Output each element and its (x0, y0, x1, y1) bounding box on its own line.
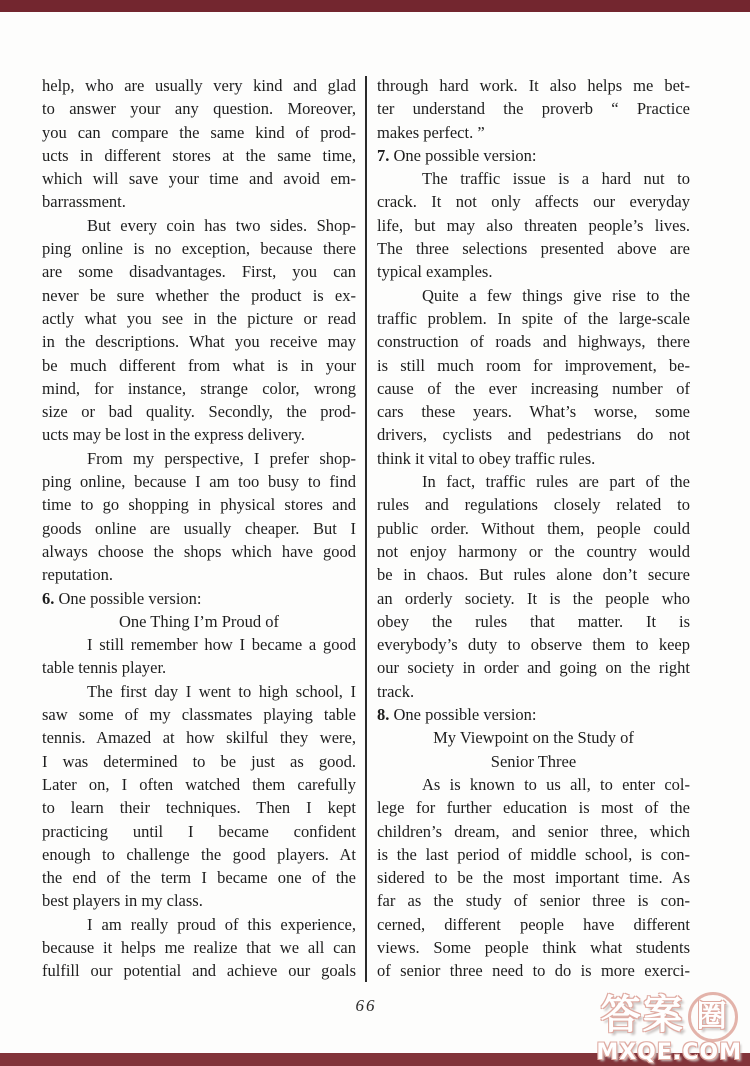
text-line: ping online is no exception, because the… (42, 237, 356, 260)
watermark-chinese-text: 答案圈 (596, 992, 742, 1042)
text-line: which will save your time and avoid em- (42, 167, 356, 190)
text-line: to learn their techniques. Then I kept (42, 796, 356, 819)
text-line: construction of roads and highways, ther… (377, 330, 690, 353)
text-line: an orderly society. It is the people who (377, 587, 690, 610)
text-line: views. Some people think what students (377, 936, 690, 959)
text-line: is the last period of middle school, is … (377, 843, 690, 866)
text-line: drivers, cyclists and pedestrians do not (377, 423, 690, 446)
text-line: As is known to us all, to enter col- (377, 773, 690, 796)
answer-number-line: 8. One possible version: (377, 703, 690, 726)
text-line: actly what you see in the picture or rea… (42, 307, 356, 330)
watermark-char: 答 (601, 992, 643, 1038)
text-line: in the descriptions. What you receive ma… (42, 330, 356, 353)
text-line: lege for further education is most of th… (377, 796, 690, 819)
text-line: is still much room for improvement, be- (377, 354, 690, 377)
text-line: public order. Without them, people could (377, 517, 690, 540)
text-line: sidered to be the most important time. A… (377, 866, 690, 889)
text-line: goods online are usually cheaper. But I (42, 517, 356, 540)
text-line: From my perspective, I prefer shop- (42, 447, 356, 470)
essay-title-line: My Viewpoint on the Study of (377, 726, 690, 749)
text-line: barrassment. (42, 190, 356, 213)
column-divider (365, 76, 367, 982)
answer-number: 7. (377, 146, 389, 165)
text-line: size or bad quality. Secondly, the prod- (42, 400, 356, 423)
text-line: makes perfect. ” (377, 121, 690, 144)
watermark-char: 案 (643, 992, 685, 1038)
text-line: traffic problem. In spite of the large-s… (377, 307, 690, 330)
text-line: always choose the shops which have good (42, 540, 356, 563)
text-line: practicing until I became confident (42, 820, 356, 843)
text-line: ucts may be lost in the express delivery… (42, 423, 356, 446)
text-line: help, who are usually very kind and glad (42, 74, 356, 97)
text-line: The traffic issue is a hard nut to (377, 167, 690, 190)
text-line: crack. It not only affects our everyday (377, 190, 690, 213)
text-line: Later on, I often watched them carefully (42, 773, 356, 796)
text-line: the end of the term I became one of the (42, 866, 356, 889)
text-line: Quite a few things give rise to the (377, 284, 690, 307)
text-line: not enjoy harmony or the country would (377, 540, 690, 563)
text-line: fulfill our potential and achieve our go… (42, 959, 356, 982)
essay-title-line: One Thing I’m Proud of (42, 610, 356, 633)
text-line: In fact, traffic rules are part of the (377, 470, 690, 493)
watermark-logo: 答案圈 MXQE.COM (596, 992, 742, 1064)
photo-edge-top (0, 0, 750, 12)
text-line: I still remember how I became a good (42, 633, 356, 656)
watermark-circle-icon: 圈 (688, 992, 738, 1042)
text-line: ping online, because I am too busy to fi… (42, 470, 356, 493)
text-line: through hard work. It also helps me bet- (377, 74, 690, 97)
text-line: ter understand the proverb “ Practice (377, 97, 690, 120)
text-line: The first day I went to high school, I (42, 680, 356, 703)
text-line: cars these years. What’s worse, some (377, 400, 690, 423)
text-line: time to go shopping in physical stores a… (42, 493, 356, 516)
text-line: cause of the ever increasing number of (377, 377, 690, 400)
answer-number-line: 7. One possible version: (377, 144, 690, 167)
page-footer: 66 (42, 996, 690, 1016)
text-line: The three selections presented above are (377, 237, 690, 260)
text-line: to answer your any question. Moreover, (42, 97, 356, 120)
text-line: saw some of my classmates playing table (42, 703, 356, 726)
text-line: ucts in different stores at the same tim… (42, 144, 356, 167)
answer-number: 6. (42, 589, 54, 608)
book-page: help, who are usually very kind and glad… (0, 0, 750, 1066)
text-line: I was determined to be just as good. (42, 750, 356, 773)
text-line: reputation. (42, 563, 356, 586)
text-line: be much different from what is in your (42, 354, 356, 377)
left-column: help, who are usually very kind and glad… (42, 74, 356, 986)
text-line: of senior three need to do is more exerc… (377, 959, 690, 982)
text-line: track. (377, 680, 690, 703)
answer-number-line: 6. One possible version: (42, 587, 356, 610)
text-line: typical examples. (377, 260, 690, 283)
text-line: rules and regulations closely related to (377, 493, 690, 516)
text-line: are some disadvantages. First, you can (42, 260, 356, 283)
text-line: mind, for instance, strange color, wrong (42, 377, 356, 400)
text-line: far as the study of senior three is con- (377, 889, 690, 912)
page-number: 66 (356, 996, 377, 1015)
text-line: tennis. Amazed at how skilful they were, (42, 726, 356, 749)
answer-number: 8. (377, 705, 389, 724)
text-line: be in chaos. But rules alone don’t secur… (377, 563, 690, 586)
text-line: life, but may also threaten people’s liv… (377, 214, 690, 237)
text-line: best players in my class. (42, 889, 356, 912)
text-line: never be sure whether the product is ex- (42, 284, 356, 307)
page-content: help, who are usually very kind and glad… (42, 74, 690, 986)
text-line: children’s dream, and senior three, whic… (377, 820, 690, 843)
text-line: table tennis player. (42, 656, 356, 679)
text-line: our society in order and going on the ri… (377, 656, 690, 679)
text-line: But every coin has two sides. Shop- (42, 214, 356, 237)
watermark-site-text: MXQE.COM (596, 1042, 742, 1064)
text-line: you can compare the same kind of prod- (42, 121, 356, 144)
text-line: I am really proud of this experience, (42, 913, 356, 936)
essay-title-line: Senior Three (377, 750, 690, 773)
text-line: enough to challenge the good players. At (42, 843, 356, 866)
text-line: cerned, different people have different (377, 913, 690, 936)
text-line: obey the rules that matter. It is (377, 610, 690, 633)
text-line: because it helps me realize that we all … (42, 936, 356, 959)
text-line: think it vital to obey traffic rules. (377, 447, 690, 470)
text-line: everybody’s duty to observe them to keep (377, 633, 690, 656)
right-column: through hard work. It also helps me bet-… (377, 74, 690, 986)
